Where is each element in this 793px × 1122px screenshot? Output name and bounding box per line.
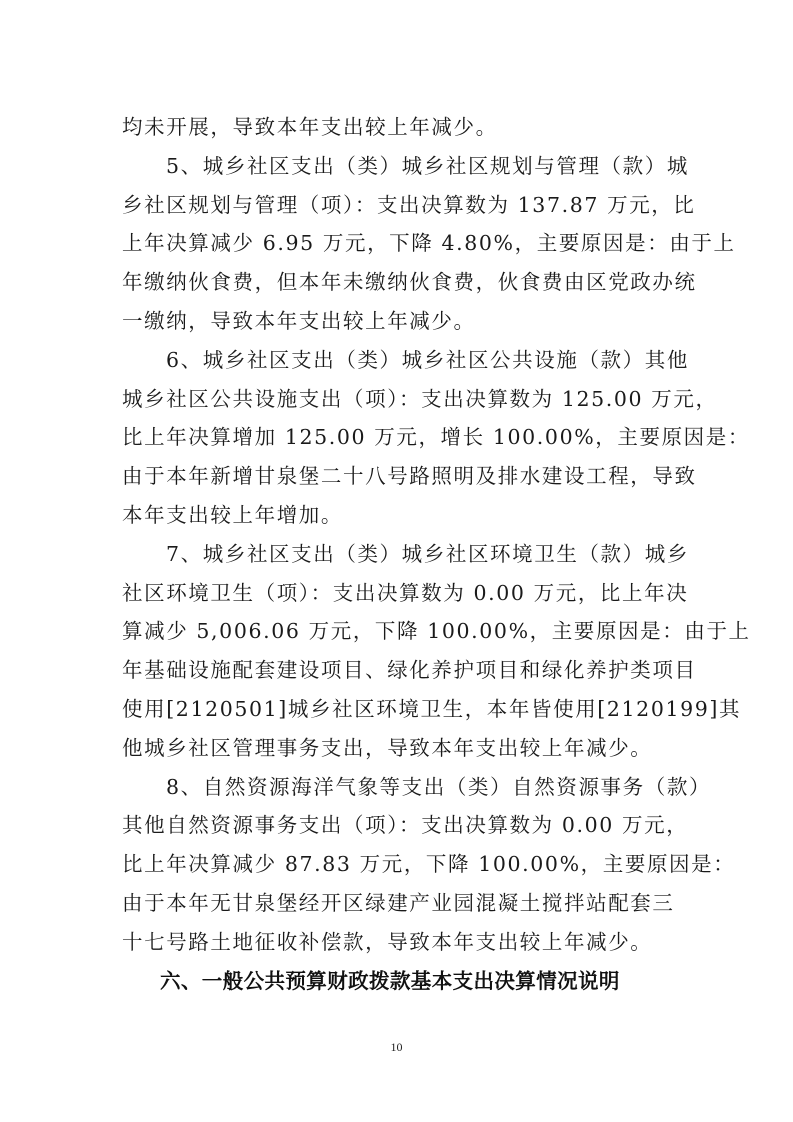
- paragraph-line-item-6-start: 6、城乡社区支出（类）城乡社区公共设施（款）其他: [122, 341, 674, 380]
- paragraph-line: 十七号路土地征收补偿款，导致本年支出较上年减少。: [122, 923, 674, 962]
- paragraph-line: 其他自然资源事务支出（项）：支出决算数为 0.00 万元，: [122, 806, 674, 845]
- section-heading: 六、一般公共预算财政拨款基本支出决算情况说明: [122, 962, 674, 1001]
- paragraph-line: 年基础设施配套建设项目、绿化养护项目和绿化养护类项目: [122, 651, 674, 690]
- paragraph-line-item-5-start: 5、城乡社区支出（类）城乡社区规划与管理（款）城: [122, 147, 674, 186]
- paragraph-line: 由于本年无甘泉堡经开区绿建产业园混凝土搅拌站配套三: [122, 884, 674, 923]
- paragraph-line: 算减少 5,006.06 万元，下降 100.00%，主要原因是：由于上: [122, 612, 674, 651]
- paragraph-line: 他城乡社区管理事务支出，导致本年支出较上年减少。: [122, 729, 674, 768]
- paragraph-line: 乡社区规划与管理（项）：支出决算数为 137.87 万元，比: [122, 186, 674, 225]
- document-body: 均未开展，导致本年支出较上年减少。 5、城乡社区支出（类）城乡社区规划与管理（款…: [122, 108, 674, 1000]
- paragraph-line: 比上年决算减少 87.83 万元，下降 100.00%，主要原因是：: [122, 845, 674, 884]
- paragraph-line-item-8-start: 8、自然资源海洋气象等支出（类）自然资源事务（款）: [122, 768, 674, 807]
- paragraph-line: 均未开展，导致本年支出较上年减少。: [122, 108, 674, 147]
- paragraph-line: 年缴纳伙食费，但本年未缴纳伙食费，伙食费由区党政办统: [122, 263, 674, 302]
- paragraph-line: 由于本年新增甘泉堡二十八号路照明及排水建设工程，导致: [122, 457, 674, 496]
- page-number: 10: [0, 1040, 793, 1055]
- paragraph-line-item-7-start: 7、城乡社区支出（类）城乡社区环境卫生（款）城乡: [122, 535, 674, 574]
- paragraph-line: 上年决算减少 6.95 万元，下降 4.80%，主要原因是：由于上: [122, 224, 674, 263]
- document-page: 均未开展，导致本年支出较上年减少。 5、城乡社区支出（类）城乡社区规划与管理（款…: [0, 0, 793, 1122]
- paragraph-line: 使用[2120501]城乡社区环境卫生，本年皆使用[2120199]其: [122, 690, 674, 729]
- paragraph-line: 本年支出较上年增加。: [122, 496, 674, 535]
- paragraph-line: 城乡社区公共设施支出（项）：支出决算数为 125.00 万元，: [122, 380, 674, 419]
- paragraph-line: 一缴纳，导致本年支出较上年减少。: [122, 302, 674, 341]
- paragraph-line: 比上年决算增加 125.00 万元，增长 100.00%，主要原因是：: [122, 418, 674, 457]
- paragraph-line: 社区环境卫生（项）：支出决算数为 0.00 万元，比上年决: [122, 574, 674, 613]
